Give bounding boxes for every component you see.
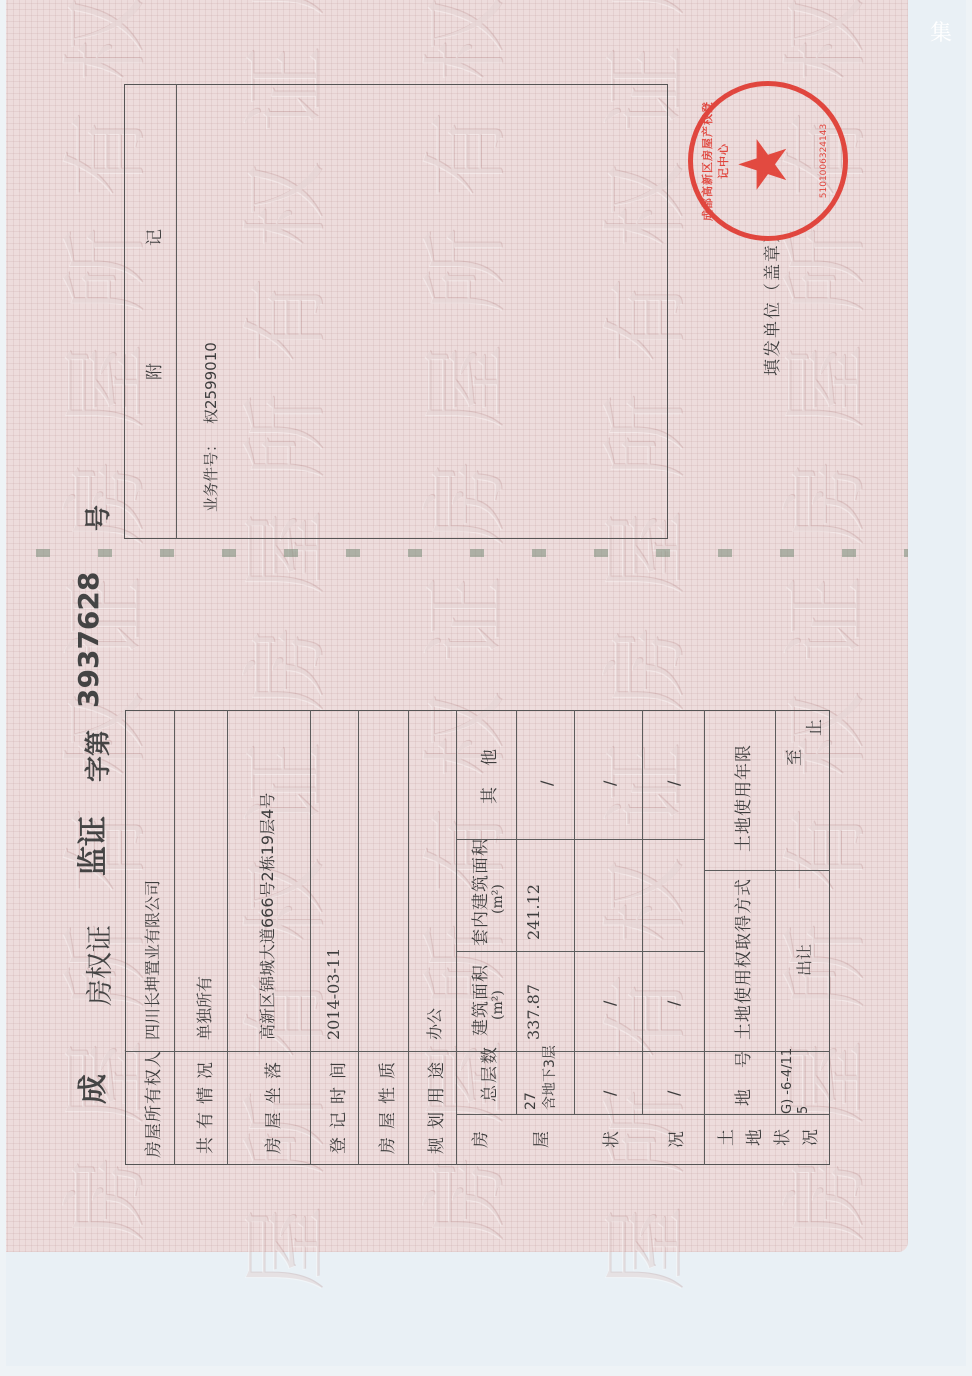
cert-hao: 号: [78, 505, 115, 531]
table-divider: [704, 870, 830, 871]
cell-empty-slash: /: [600, 1091, 619, 1096]
business-no: 权2599010: [200, 342, 221, 424]
official-seal: ★ 成都高新区房屋产权登记中心 5101006324143: [688, 81, 848, 241]
issuer-label: 填发单位（盖章）: [758, 224, 783, 376]
house-status-label-4: 况: [662, 1123, 687, 1148]
land-term-from: 至: [780, 741, 805, 766]
row-label-location: 房屋坐落: [259, 1054, 284, 1154]
table-divider: [516, 710, 517, 1115]
land-parcel-no: G) -6-4/11 5: [780, 1048, 812, 1114]
cert-district: 监证: [68, 816, 112, 876]
row-value-location: 高新区锦城大道666号2栋19层4号: [255, 793, 278, 1040]
table-divider: [310, 710, 311, 1165]
seal-code: 5101006324143: [819, 96, 829, 226]
business-no-label: 业务件号：: [200, 437, 221, 512]
table-divider: [456, 951, 704, 952]
cell-empty-slash: /: [664, 781, 683, 786]
land-label-char: 土: [712, 1121, 737, 1146]
cell-inner-area: 241.12: [524, 884, 543, 940]
row-label-planned-use: 规划用途: [422, 1054, 447, 1154]
table-divider: [642, 710, 643, 1115]
col-header-inner-area-unit: (m²): [490, 884, 506, 914]
house-status-label-1: 房: [466, 1123, 491, 1148]
land-col-acquisition: 土地使用权取得方式: [729, 878, 754, 1040]
row-value-planned-use: 办公: [422, 1008, 445, 1040]
col-header-floor-area: 建筑面积: [466, 964, 491, 1036]
cell-other: /: [537, 781, 556, 786]
col-header-floor-area-unit: (m²): [490, 990, 506, 1020]
table-divider: [456, 1114, 830, 1115]
cell-empty-slash: /: [600, 1001, 619, 1006]
land-acquisition: 出让: [792, 944, 815, 976]
cell-empty-slash: /: [664, 1001, 683, 1006]
cell-floors: 27 含地下3层: [522, 1045, 560, 1110]
row-label-reg-date: 登记时间: [324, 1054, 349, 1154]
seal-star-icon: ★: [731, 135, 797, 194]
cell-floor-area: 337.87: [524, 984, 543, 1040]
row-value-co-ownership: 单独所有: [192, 976, 215, 1040]
house-status-label-3: 状: [597, 1123, 622, 1148]
seal-text: 成都高新区房屋产权登记中心: [699, 96, 731, 226]
row-label-co-ownership: 共有情况: [191, 1054, 216, 1154]
table-divider: [358, 710, 359, 1165]
page-fold-perforation: [6, 549, 908, 557]
col-header-other: 其 他: [475, 747, 500, 804]
cert-zi-di: 字第: [78, 730, 115, 782]
table-divider: [574, 710, 575, 1115]
land-label-char: 地: [740, 1121, 765, 1146]
cert-number: 3937628: [72, 572, 105, 708]
row-label-property-nature: 房屋性质: [373, 1054, 398, 1154]
row-label-owner: 房屋所有权人: [139, 1050, 164, 1158]
cert-prefix: 成: [68, 1074, 112, 1104]
row-value-owner: 四川长坤置业有限公司: [140, 880, 163, 1040]
cell-empty-slash: /: [664, 1091, 683, 1096]
cell-empty-slash: /: [600, 781, 619, 786]
col-header-floors: 总层数: [475, 1045, 500, 1102]
cert-label: 房权证: [78, 925, 117, 1006]
house-status-label-2: 屋: [527, 1123, 552, 1148]
table-divider: [775, 710, 776, 1115]
table-divider: [408, 710, 409, 1165]
notes-title-left: 附: [140, 355, 165, 380]
col-header-inner-area: 套内建筑面积: [466, 838, 491, 946]
table-divider: [704, 710, 705, 1165]
notes-title-right: 记: [140, 221, 165, 246]
land-label-char: 状: [768, 1121, 793, 1146]
land-label-char: 况: [796, 1121, 821, 1146]
land-col-term: 土地使用年限: [729, 744, 754, 852]
table-divider: [456, 710, 457, 1165]
row-value-reg-date: 2014-03-11: [324, 948, 343, 1040]
land-col-parcel-no: 地 号: [729, 1049, 754, 1106]
table-divider: [174, 710, 175, 1165]
certificate-rotated: 房屋所有权证房屋所有权证房屋 屋所有权证房屋所有权证房屋所 房屋所有权证房屋所有…: [0, 0, 972, 1376]
table-divider: [227, 710, 228, 1165]
notes-title-divider: [176, 84, 177, 539]
land-term-to: 止: [800, 711, 825, 736]
table-divider: [456, 839, 704, 840]
